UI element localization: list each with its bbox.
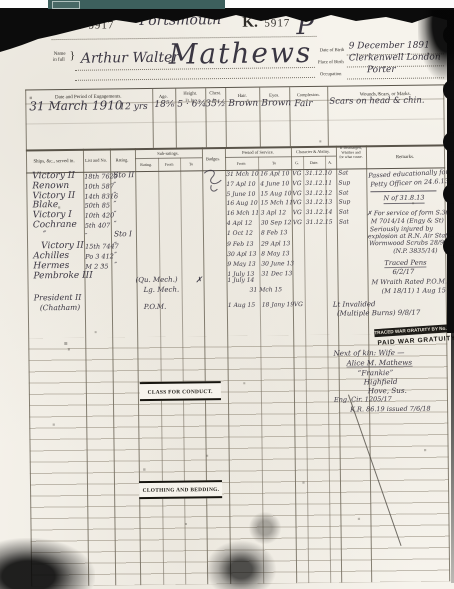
ship-cell: President II bbox=[34, 294, 82, 303]
screenshot-root: K. 5917 Portsmouth K. 5917 P Name in ful… bbox=[0, 0, 454, 589]
character-date-cell: 31.12.10 bbox=[305, 171, 332, 177]
col-discharged-line: for what cause. bbox=[332, 154, 370, 159]
character-date-cell: 31.12.11 bbox=[305, 181, 332, 187]
ship-cell: ″ bbox=[43, 231, 46, 240]
rating-cell: ″ bbox=[114, 261, 117, 269]
col-complexion: Complexion. bbox=[286, 93, 330, 98]
remark-rated-pom: M Wraith Rated P.O.M. bbox=[372, 278, 448, 285]
remark-traced-pens: Traced Pens bbox=[384, 260, 426, 268]
col-badges: Badges. bbox=[197, 157, 230, 162]
occupation-value: Porter bbox=[367, 66, 396, 75]
rating-cell: ″ bbox=[114, 251, 117, 259]
remark-injury-line2: M 7014/14 (Engy & St) bbox=[371, 218, 444, 225]
ship-cell: Renown bbox=[32, 182, 69, 191]
character-g-cell: VG bbox=[292, 181, 301, 187]
height-value: 5 · 6¾ bbox=[177, 100, 206, 109]
next-of-kin-line5: Hove, Sus. bbox=[368, 387, 407, 395]
character-date-cell: 31.12.15 bbox=[306, 220, 333, 226]
col-sub-rating: Rating. bbox=[134, 163, 159, 167]
ability-cell: Sup bbox=[339, 199, 351, 205]
remark-passed-line3: N of 31.8.13 bbox=[383, 195, 424, 204]
ship-cell-line2: (Chatham) bbox=[40, 304, 80, 312]
occupation-label: Occupation bbox=[320, 72, 341, 77]
period-to-cell: 15 Mch 11 bbox=[261, 200, 294, 206]
remark-rated-pom-date: (M 18/11) 1 Aug 15 bbox=[382, 287, 446, 294]
col-remarks: Remarks. bbox=[381, 154, 429, 159]
list-no-cell: ″ bbox=[85, 233, 88, 240]
discharge-invalided-line1: Lt Invalided bbox=[333, 301, 376, 309]
age-value: 18⅚ bbox=[154, 101, 174, 110]
ability-cell: Sup bbox=[338, 180, 350, 186]
period-from-cell: 31 Mch 10 bbox=[226, 172, 259, 178]
ship-cell: Cochrane bbox=[33, 221, 77, 231]
character-g-cell: VG bbox=[292, 171, 301, 177]
rating-cell: Sto I bbox=[114, 230, 132, 238]
period-from-cell: 1 Aug 15 bbox=[228, 303, 255, 309]
list-no-cell: 10th 420 bbox=[85, 212, 115, 219]
remark-traced-pens-date: 6/2/17 bbox=[392, 269, 414, 276]
character-date-cell: 31.12.13 bbox=[306, 200, 333, 206]
next-of-kin-line1: Next of kin: Wife — bbox=[333, 349, 404, 357]
punch-hole-shadow bbox=[443, 80, 454, 100]
pob-label: Place of Birth bbox=[318, 60, 344, 65]
col-period-to: To bbox=[264, 161, 284, 165]
rating-cell: ″ bbox=[113, 191, 116, 199]
ship-cell: Achilles bbox=[33, 252, 69, 261]
clothing-and-bedding-banner: CLOTHING AND BEDDING. bbox=[139, 480, 222, 499]
complexion-value: Fair bbox=[294, 100, 312, 109]
period-to-cell: 8 Feb 13 bbox=[261, 230, 288, 236]
name-script-first: Arthur Walter bbox=[81, 51, 179, 66]
period-to-cell: 3 Apl 12 bbox=[261, 210, 286, 216]
col-subratings: Sub-ratings. bbox=[146, 151, 190, 156]
sub-rating-cell: P.O.M. bbox=[144, 304, 167, 311]
col-rating: Rating. bbox=[106, 158, 139, 163]
check-mark: ✗ bbox=[195, 276, 202, 284]
period-to-cell: 30 Sep 12 bbox=[261, 220, 292, 226]
ruled-line bbox=[347, 77, 444, 79]
ability-cell: Sat bbox=[338, 171, 348, 177]
list-no-cell: M 2 35 bbox=[85, 263, 108, 270]
period-from-cell: 30 Apl 13 bbox=[227, 252, 256, 258]
pob-value: Clerkenwell London bbox=[349, 53, 441, 63]
period-to-cell: 8 May 13 bbox=[261, 251, 289, 257]
engagement-period: 12 yrs bbox=[119, 103, 147, 112]
period-from-cell: 9 Feb 13 bbox=[227, 242, 254, 248]
character-date-cell: 31.12.12 bbox=[305, 191, 332, 197]
period-to-cell: 18 Jany 19 bbox=[262, 302, 294, 308]
name-label: Name bbox=[54, 51, 66, 56]
punch-hole-shadow bbox=[443, 236, 454, 256]
ship-cell: Victory II bbox=[41, 242, 84, 252]
sub-rating-cell: (Qu. Mech.) bbox=[135, 277, 177, 285]
rating-cell: ″ bbox=[114, 220, 117, 228]
engagement-date: 31 March 1910 bbox=[29, 99, 122, 112]
punch-hole-shadow bbox=[443, 132, 454, 152]
rating-cell: ″ bbox=[114, 210, 117, 218]
col-discharged: If Discharged, Whither and for what caus… bbox=[332, 145, 371, 159]
list-no-cell: Po 3 412 bbox=[85, 253, 114, 260]
period-from-cell: 16 Aug 10 bbox=[227, 201, 258, 207]
punch-hole-shadow bbox=[443, 25, 454, 45]
list-no-cell: 5th 407 bbox=[85, 222, 110, 229]
ability-cell: Sat bbox=[339, 220, 349, 226]
col-hair: Hair. bbox=[225, 93, 260, 98]
name-brace: } bbox=[70, 51, 75, 62]
period-from-cell: 1 Oct 12 bbox=[227, 231, 253, 237]
list-no-cell: 10th 587 bbox=[84, 183, 114, 190]
ability-cell: Sat bbox=[339, 210, 349, 216]
document-scan: K. 5917 Portsmouth K. 5917 P Name in ful… bbox=[0, 0, 454, 589]
period-to-cell: 16 Apl 10 bbox=[260, 171, 289, 177]
remark-injury-line6: (N.P. 3835/14) bbox=[393, 248, 437, 255]
rating-cell: ″ bbox=[114, 241, 117, 249]
next-of-kin-line4: Highfield bbox=[364, 378, 398, 386]
next-of-kin-line2: Alice M. Mathews bbox=[346, 359, 412, 368]
character-g-cell: VG bbox=[293, 220, 302, 226]
remark-eng-cir: Eng. Cir. 1205/17 bbox=[334, 396, 392, 403]
hair-value: Brown bbox=[228, 100, 258, 109]
col-age: Age. bbox=[152, 94, 175, 99]
list-no-cell: 50th 85 bbox=[85, 202, 110, 209]
period-from-cell: 17 Apl 10 bbox=[226, 182, 255, 188]
scan-edge-right bbox=[447, 8, 454, 333]
ship-cell: Blake bbox=[33, 201, 59, 210]
punch-hole-shadow bbox=[443, 184, 454, 204]
period-to-cell: 30 June 13 bbox=[261, 261, 294, 267]
col-a: A. bbox=[323, 161, 338, 165]
col-date: Date. bbox=[304, 161, 324, 165]
dob-value: 9 December 1891 bbox=[349, 42, 430, 52]
ship-cell: Hermes bbox=[33, 262, 69, 271]
name-label-2: in full bbox=[53, 57, 65, 62]
col-g: G. bbox=[290, 161, 305, 165]
period-to-cell: 4 June 10 bbox=[260, 181, 289, 187]
period-from-cell: 16 Mch 11 bbox=[227, 211, 260, 217]
period-to-cell: 15 Aug 10 bbox=[260, 191, 291, 197]
period-from-cell: 1 July 14 bbox=[227, 278, 254, 284]
browser-toolbar-fragment bbox=[48, 0, 225, 9]
name-script-last: Mathews bbox=[169, 39, 313, 69]
next-of-kin-line3: “Frankie” bbox=[358, 369, 394, 377]
wounds-value: Scars on head & chin. bbox=[329, 97, 424, 107]
col-period: Period of Service. bbox=[230, 150, 285, 155]
clothing-and-bedding-label: CLOTHING AND BEDDING. bbox=[142, 486, 219, 493]
browser-tab-stub[interactable] bbox=[52, 1, 80, 9]
period-to-cell: 29 Apl 13 bbox=[261, 241, 290, 247]
character-g-cell: VG bbox=[293, 200, 302, 206]
chest-value: 35½ bbox=[205, 100, 225, 109]
period-from-cell: 9 May 13 bbox=[227, 262, 255, 268]
character-g-cell: VG bbox=[293, 210, 302, 216]
ability-cell: Sat bbox=[338, 191, 348, 197]
ship-cell: Victory I bbox=[33, 211, 72, 220]
eyes-value: Brown bbox=[261, 99, 291, 108]
period-from-cell: 4 Apl 12 bbox=[227, 221, 252, 227]
rating-cell: ″ bbox=[113, 181, 116, 189]
discharge-invalided-line2: (Multiple Burns) 9/8/17 bbox=[337, 310, 420, 318]
series-number-2: 5917 bbox=[264, 18, 290, 29]
rating-cell: ″ bbox=[114, 200, 117, 208]
col-sub-to: To bbox=[181, 162, 201, 166]
class-for-conduct-label: CLASS FOR CONDUCT. bbox=[148, 388, 213, 395]
dob-label: Date of Birth bbox=[320, 48, 345, 53]
character-g-cell: VG bbox=[294, 302, 303, 308]
col-sub-from: From bbox=[159, 163, 179, 167]
period-from-cell: 5 June 10 bbox=[226, 192, 255, 198]
col-period-from: From bbox=[231, 162, 251, 166]
remark-injury-line5: Wormwood Scrubs 28/9/14 bbox=[369, 240, 454, 247]
remark-kr-note: K.R. 86.19 issued 7/6/18 bbox=[350, 406, 431, 413]
ruled-line bbox=[75, 77, 315, 81]
rating-cell: Sto II bbox=[113, 171, 134, 179]
character-g-cell: VG bbox=[292, 191, 301, 197]
character-date-cell: 31.12.14 bbox=[306, 210, 333, 216]
class-for-conduct-banner: CLASS FOR CONDUCT. bbox=[140, 381, 221, 401]
form-content: K. 5917 Portsmouth K. 5917 P Name in ful… bbox=[0, 0, 454, 589]
